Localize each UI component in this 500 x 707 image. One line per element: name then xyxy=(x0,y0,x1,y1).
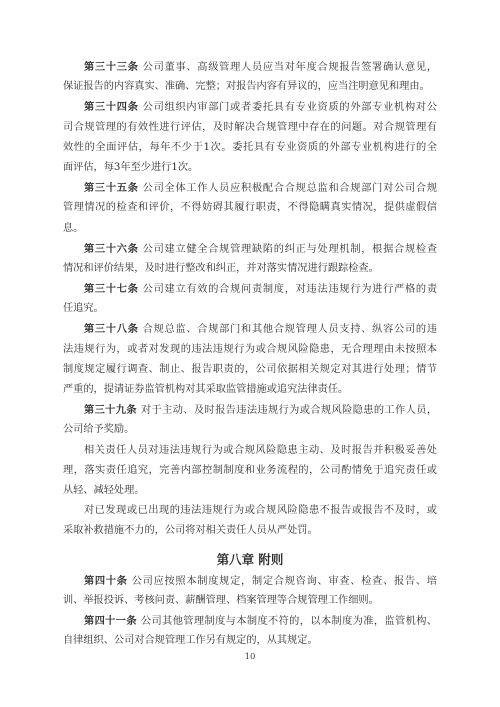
article-text: 公司应按照本制度规定，制定合规咨询、审查、检查、报告、培 xyxy=(132,576,437,587)
article-paragraph: 第四十条公司应按照本制度规定，制定合规咨询、审查、检查、报告、培训、举报投诉、考… xyxy=(63,571,437,611)
text-line: 司合规管理的有效性进行评估，及时解决合规管理中存在的问题。对合规管理有 xyxy=(63,118,437,138)
article-term: 第三十五条 xyxy=(84,182,139,194)
article-term: 第三十八条 xyxy=(84,323,139,335)
page-number: 10 xyxy=(0,652,500,662)
article-text: 合规总监、合规部门和其他合规管理人员支持、纵容公司的违 xyxy=(143,324,437,335)
text-line: 第三十七条公司建立有效的合规问责制度，对违法违规行为进行严格的责 xyxy=(63,279,437,299)
article-text: 公司建立有效的合规问责制度，对违法违规行为进行严格的责 xyxy=(143,284,437,295)
text-line: 第四十一条公司其他管理制度与本制度不符的，以本制度为准，监管机构、 xyxy=(63,611,437,631)
text-line: 自律组织、公司对合规管理工作另有规定的，从其规定。 xyxy=(63,631,437,651)
text-line: 相关责任人员对违法违规行为或合规风险隐患主动、及时报告并积极妥善处 xyxy=(63,441,437,461)
text-line: 第四十条公司应按照本制度规定，制定合规咨询、审查、检查、报告、培 xyxy=(63,571,437,591)
text-line: 理，落实责任追究，完善内部控制制度和业务流程的，公司酌情免于追究责任或 xyxy=(63,461,437,481)
article-paragraph: 第三十五条公司全体工作人员应积极配合合规总监和合规部门对公司合规管理情况的检查和… xyxy=(63,178,437,239)
article-term: 第三十四条 xyxy=(84,101,139,113)
article-paragraph: 第四十一条公司其他管理制度与本制度不符的，以本制度为准，监管机构、自律组织、公司… xyxy=(63,611,437,651)
paragraph: 相关责任人员对违法违规行为或合规风险隐患主动、及时报告并积极妥善处理，落实责任追… xyxy=(63,441,437,502)
text-line: 面评估，每3年至少进行1次。 xyxy=(63,158,437,178)
article-paragraph: 第三十八条合规总监、合规部门和其他合规管理人员支持、纵容公司的违法违规行为，或者… xyxy=(63,319,437,400)
text-line: 采取补救措施不力的，公司将对相关责任人员从严处罚。 xyxy=(63,521,437,541)
article-text: 公司全体工作人员应积极配合合规总监和合规部门对公司合规 xyxy=(143,183,437,194)
article-text: 公司组织内审部门或者委托具有专业资质的外部专业机构对公 xyxy=(143,102,437,113)
text-line: 第三十四条公司组织内审部门或者委托具有专业资质的外部专业机构对公 xyxy=(63,97,437,117)
article-text: 公司董事、高级管理人员应当对年度合规报告签署确认意见， xyxy=(143,62,437,73)
text-line: 第三十九条对于主动、及时报告违法违规行为或合规风险隐患的工作人员， xyxy=(63,400,437,420)
text-line: 第三十八条合规总监、合规部门和其他合规管理人员支持、纵容公司的违 xyxy=(63,319,437,339)
text-line: 保证报告的内容真实、准确、完整；对报告内容有异议的，应当注明意见和理由。 xyxy=(63,77,437,97)
text-line: 严重的，提请证券监管机构对其采取监管措施或追究法律责任。 xyxy=(63,380,437,400)
article-paragraph: 第三十九条对于主动、及时报告违法违规行为或合规风险隐患的工作人员，公司给予奖励。 xyxy=(63,400,437,440)
article-term: 第三十三条 xyxy=(84,61,139,73)
document-body: 第三十三条公司董事、高级管理人员应当对年度合规报告签署确认意见，保证报告的内容真… xyxy=(63,57,437,651)
article-term: 第三十七条 xyxy=(84,283,139,295)
article-paragraph: 第三十四条公司组织内审部门或者委托具有专业资质的外部专业机构对公司合规管理的有效… xyxy=(63,97,437,178)
text-line: 法违规行为，或者对发现的违法违规行为或合规风险隐患，无合理理由未按照本 xyxy=(63,340,437,360)
article-term: 第四十一条 xyxy=(84,615,137,627)
article-text: 对于主动、及时报告违法违规行为或合规风险隐患的工作人员， xyxy=(141,405,437,416)
article-paragraph: 第三十七条公司建立有效的合规问责制度，对违法违规行为进行严格的责任追究。 xyxy=(63,279,437,319)
article-term: 第四十条 xyxy=(84,575,128,587)
text-line: 制度规定履行调查、制止、报告职责的，公司依据相关规定对其进行处理；情节 xyxy=(63,360,437,380)
text-line: 训、举报投诉、考核问责、薪酬管理、档案管理等合规管理工作细则。 xyxy=(63,591,437,611)
article-term: 第三十六条 xyxy=(84,243,139,255)
text-line: 息。 xyxy=(63,219,437,239)
text-line: 第三十六条公司建立健全合规管理缺陷的纠正与处理机制，根据合规检查 xyxy=(63,239,437,259)
article-paragraph: 第三十六条公司建立健全合规管理缺陷的纠正与处理机制，根据合规检查情况和评价结果，… xyxy=(63,239,437,279)
article-term: 第三十九条 xyxy=(84,404,137,416)
chapter-heading: 第八章 附则 xyxy=(63,549,437,571)
article-text: 公司其他管理制度与本制度不符的，以本制度为准，监管机构、 xyxy=(141,616,437,627)
text-line: 管理情况的检查和评价，不得妨碍其履行职责，不得隐瞒真实情况，提供虚假信 xyxy=(63,198,437,218)
text-line: 从轻、减轻处理。 xyxy=(63,481,437,501)
text-line: 公司给予奖励。 xyxy=(63,420,437,440)
paragraph: 对已发现或已出现的违法违规行为或合规风险隐患不报告或报告不及时，或采取补救措施不… xyxy=(63,501,437,541)
text-line: 情况和评价结果，及时进行整改和纠正，并对落实情况进行跟踪检查。 xyxy=(63,259,437,279)
document-page: 第三十三条公司董事、高级管理人员应当对年度合规报告签署确认意见，保证报告的内容真… xyxy=(0,0,500,707)
text-line: 第三十三条公司董事、高级管理人员应当对年度合规报告签署确认意见， xyxy=(63,57,437,77)
text-line: 任追究。 xyxy=(63,299,437,319)
text-line: 效性的全面评估，每年不少于1次。委托具有专业资质的外部专业机构进行的全 xyxy=(63,138,437,158)
article-paragraph: 第三十三条公司董事、高级管理人员应当对年度合规报告签署确认意见，保证报告的内容真… xyxy=(63,57,437,97)
article-text: 公司建立健全合规管理缺陷的纠正与处理机制，根据合规检查 xyxy=(143,244,437,255)
text-line: 对已发现或已出现的违法违规行为或合规风险隐患不报告或报告不及时，或 xyxy=(63,501,437,521)
text-line: 第三十五条公司全体工作人员应积极配合合规总监和合规部门对公司合规 xyxy=(63,178,437,198)
